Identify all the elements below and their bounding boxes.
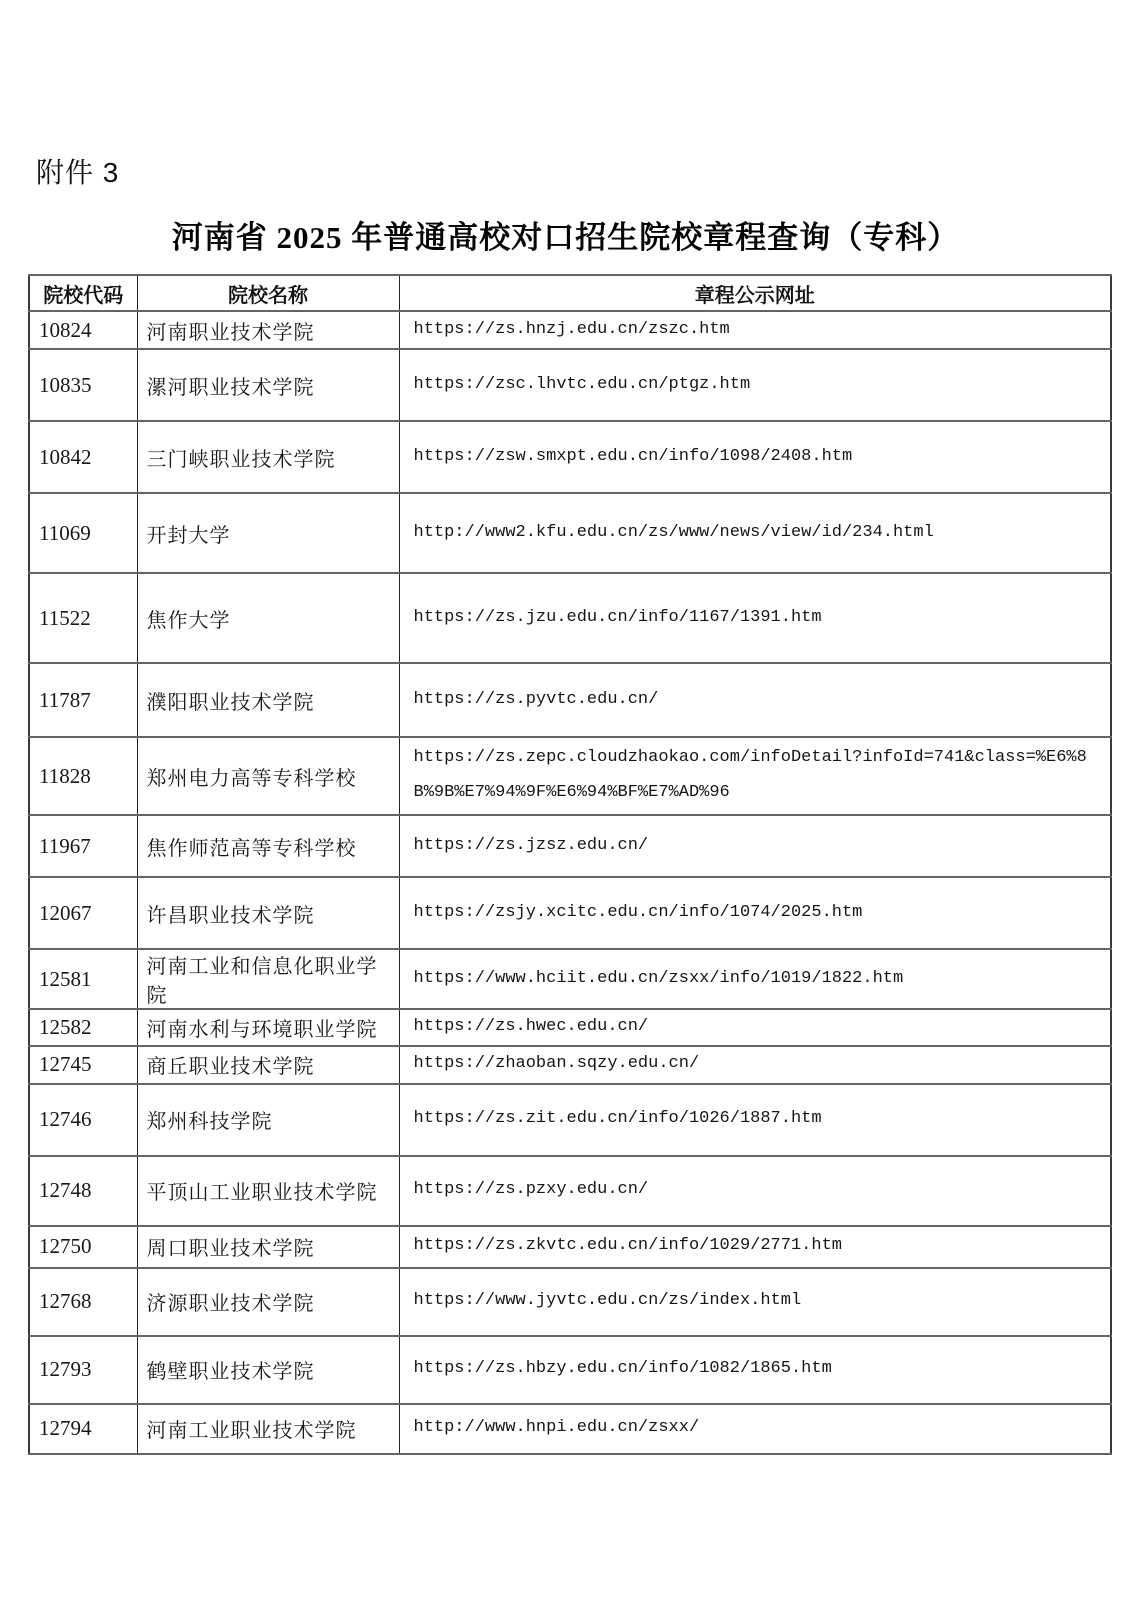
charter-url-cell: https://zsc.lhvtc.edu.cn/ptgz.htm xyxy=(399,349,1111,421)
charter-url-cell: https://zs.zepc.cloudzhaokao.com/infoDet… xyxy=(399,737,1111,815)
college-code-cell: 11069 xyxy=(29,493,137,573)
college-code-cell: 12748 xyxy=(29,1156,137,1226)
table-body: 10824河南职业技术学院https://zs.hnzj.edu.cn/zszc… xyxy=(29,311,1111,1454)
charter-url-cell: https://zsw.smxpt.edu.cn/info/1098/2408.… xyxy=(399,421,1111,493)
table-header-row: 院校代码 院校名称 章程公示网址 xyxy=(29,275,1111,311)
college-name-cell: 漯河职业技术学院 xyxy=(137,349,399,421)
table-row: 12582河南水利与环境职业学院https://zs.hwec.edu.cn/ xyxy=(29,1009,1111,1046)
college-code-cell: 12794 xyxy=(29,1404,137,1454)
college-name-cell: 鹤壁职业技术学院 xyxy=(137,1336,399,1404)
charter-url-cell: https://zs.hwec.edu.cn/ xyxy=(399,1009,1111,1046)
table-row: 12768济源职业技术学院https://www.jyvtc.edu.cn/zs… xyxy=(29,1268,1111,1336)
college-name-cell: 焦作大学 xyxy=(137,573,399,663)
college-name-cell: 周口职业技术学院 xyxy=(137,1226,399,1268)
column-header-college-name: 院校名称 xyxy=(137,275,399,311)
college-code-cell: 12067 xyxy=(29,877,137,949)
college-name-cell: 河南水利与环境职业学院 xyxy=(137,1009,399,1046)
table-header: 院校代码 院校名称 章程公示网址 xyxy=(29,275,1111,311)
college-code-cell: 11787 xyxy=(29,663,137,737)
college-code-cell: 10824 xyxy=(29,311,137,349)
college-code-cell: 10842 xyxy=(29,421,137,493)
table-row: 11828郑州电力高等专科学校https://zs.zepc.cloudzhao… xyxy=(29,737,1111,815)
charter-url-cell: https://zhaoban.sqzy.edu.cn/ xyxy=(399,1046,1111,1084)
charter-url-cell: https://www.jyvtc.edu.cn/zs/index.html xyxy=(399,1268,1111,1336)
college-name-cell: 河南工业职业技术学院 xyxy=(137,1404,399,1454)
college-code-cell: 12750 xyxy=(29,1226,137,1268)
table-row: 11069开封大学http://www2.kfu.edu.cn/zs/www/n… xyxy=(29,493,1111,573)
charter-url-cell: https://zs.pyvtc.edu.cn/ xyxy=(399,663,1111,737)
table-row: 10824河南职业技术学院https://zs.hnzj.edu.cn/zszc… xyxy=(29,311,1111,349)
college-name-cell: 焦作师范高等专科学校 xyxy=(137,815,399,877)
table-row: 12745商丘职业技术学院https://zhaoban.sqzy.edu.cn… xyxy=(29,1046,1111,1084)
charter-url-cell: https://zs.jzu.edu.cn/info/1167/1391.htm xyxy=(399,573,1111,663)
college-name-cell: 济源职业技术学院 xyxy=(137,1268,399,1336)
college-name-cell: 平顶山工业职业技术学院 xyxy=(137,1156,399,1226)
college-code-cell: 12582 xyxy=(29,1009,137,1046)
charter-url-cell: https://zs.zit.edu.cn/info/1026/1887.htm xyxy=(399,1084,1111,1156)
charter-url-cell: https://www.hciit.edu.cn/zsxx/info/1019/… xyxy=(399,949,1111,1009)
charter-url-cell: https://zs.pzxy.edu.cn/ xyxy=(399,1156,1111,1226)
college-code-cell: 11967 xyxy=(29,815,137,877)
college-code-cell: 12581 xyxy=(29,949,137,1009)
college-code-cell: 12768 xyxy=(29,1268,137,1336)
charter-url-table: 院校代码 院校名称 章程公示网址 10824河南职业技术学院https://zs… xyxy=(28,274,1112,1455)
college-name-cell: 许昌职业技术学院 xyxy=(137,877,399,949)
college-code-cell: 12793 xyxy=(29,1336,137,1404)
column-header-charter-url: 章程公示网址 xyxy=(399,275,1111,311)
table-row: 10842三门峡职业技术学院https://zsw.smxpt.edu.cn/i… xyxy=(29,421,1111,493)
table-row: 12794河南工业职业技术学院http://www.hnpi.edu.cn/zs… xyxy=(29,1404,1111,1454)
column-header-college-code: 院校代码 xyxy=(29,275,137,311)
table-row: 10835漯河职业技术学院https://zsc.lhvtc.edu.cn/pt… xyxy=(29,349,1111,421)
table-row: 11787濮阳职业技术学院https://zs.pyvtc.edu.cn/ xyxy=(29,663,1111,737)
college-code-cell: 11522 xyxy=(29,573,137,663)
college-name-cell: 郑州科技学院 xyxy=(137,1084,399,1156)
charter-url-cell: https://zsjy.xcitc.edu.cn/info/1074/2025… xyxy=(399,877,1111,949)
table-row: 11522焦作大学https://zs.jzu.edu.cn/info/1167… xyxy=(29,573,1111,663)
table-row: 12581河南工业和信息化职业学院https://www.hciit.edu.c… xyxy=(29,949,1111,1009)
college-name-cell: 郑州电力高等专科学校 xyxy=(137,737,399,815)
college-name-cell: 濮阳职业技术学院 xyxy=(137,663,399,737)
table-row: 12746郑州科技学院https://zs.zit.edu.cn/info/10… xyxy=(29,1084,1111,1156)
college-name-cell: 三门峡职业技术学院 xyxy=(137,421,399,493)
college-name-cell: 河南职业技术学院 xyxy=(137,311,399,349)
charter-url-cell: https://zs.hbzy.edu.cn/info/1082/1865.ht… xyxy=(399,1336,1111,1404)
college-name-cell: 河南工业和信息化职业学院 xyxy=(137,949,399,1009)
attachment-label: 附件 3 xyxy=(36,151,119,191)
table-row: 12067许昌职业技术学院https://zsjy.xcitc.edu.cn/i… xyxy=(29,877,1111,949)
college-code-cell: 11828 xyxy=(29,737,137,815)
college-name-cell: 商丘职业技术学院 xyxy=(137,1046,399,1084)
table-row: 12750周口职业技术学院https://zs.zkvtc.edu.cn/inf… xyxy=(29,1226,1111,1268)
charter-url-cell: https://zs.zkvtc.edu.cn/info/1029/2771.h… xyxy=(399,1226,1111,1268)
table-row: 11967焦作师范高等专科学校https://zs.jzsz.edu.cn/ xyxy=(29,815,1111,877)
document-page: 附件 3 河南省 2025 年普通高校对口招生院校章程查询（专科） 院校代码 院… xyxy=(0,0,1131,1600)
college-code-cell: 10835 xyxy=(29,349,137,421)
charter-url-cell: http://www2.kfu.edu.cn/zs/www/news/view/… xyxy=(399,493,1111,573)
table-row: 12748平顶山工业职业技术学院https://zs.pzxy.edu.cn/ xyxy=(29,1156,1111,1226)
college-name-cell: 开封大学 xyxy=(137,493,399,573)
college-code-cell: 12745 xyxy=(29,1046,137,1084)
charter-url-cell: https://zs.jzsz.edu.cn/ xyxy=(399,815,1111,877)
page-title: 河南省 2025 年普通高校对口招生院校章程查询（专科） xyxy=(0,212,1131,257)
charter-url-cell: http://www.hnpi.edu.cn/zsxx/ xyxy=(399,1404,1111,1454)
college-code-cell: 12746 xyxy=(29,1084,137,1156)
table-row: 12793鹤壁职业技术学院https://zs.hbzy.edu.cn/info… xyxy=(29,1336,1111,1404)
charter-url-cell: https://zs.hnzj.edu.cn/zszc.htm xyxy=(399,311,1111,349)
